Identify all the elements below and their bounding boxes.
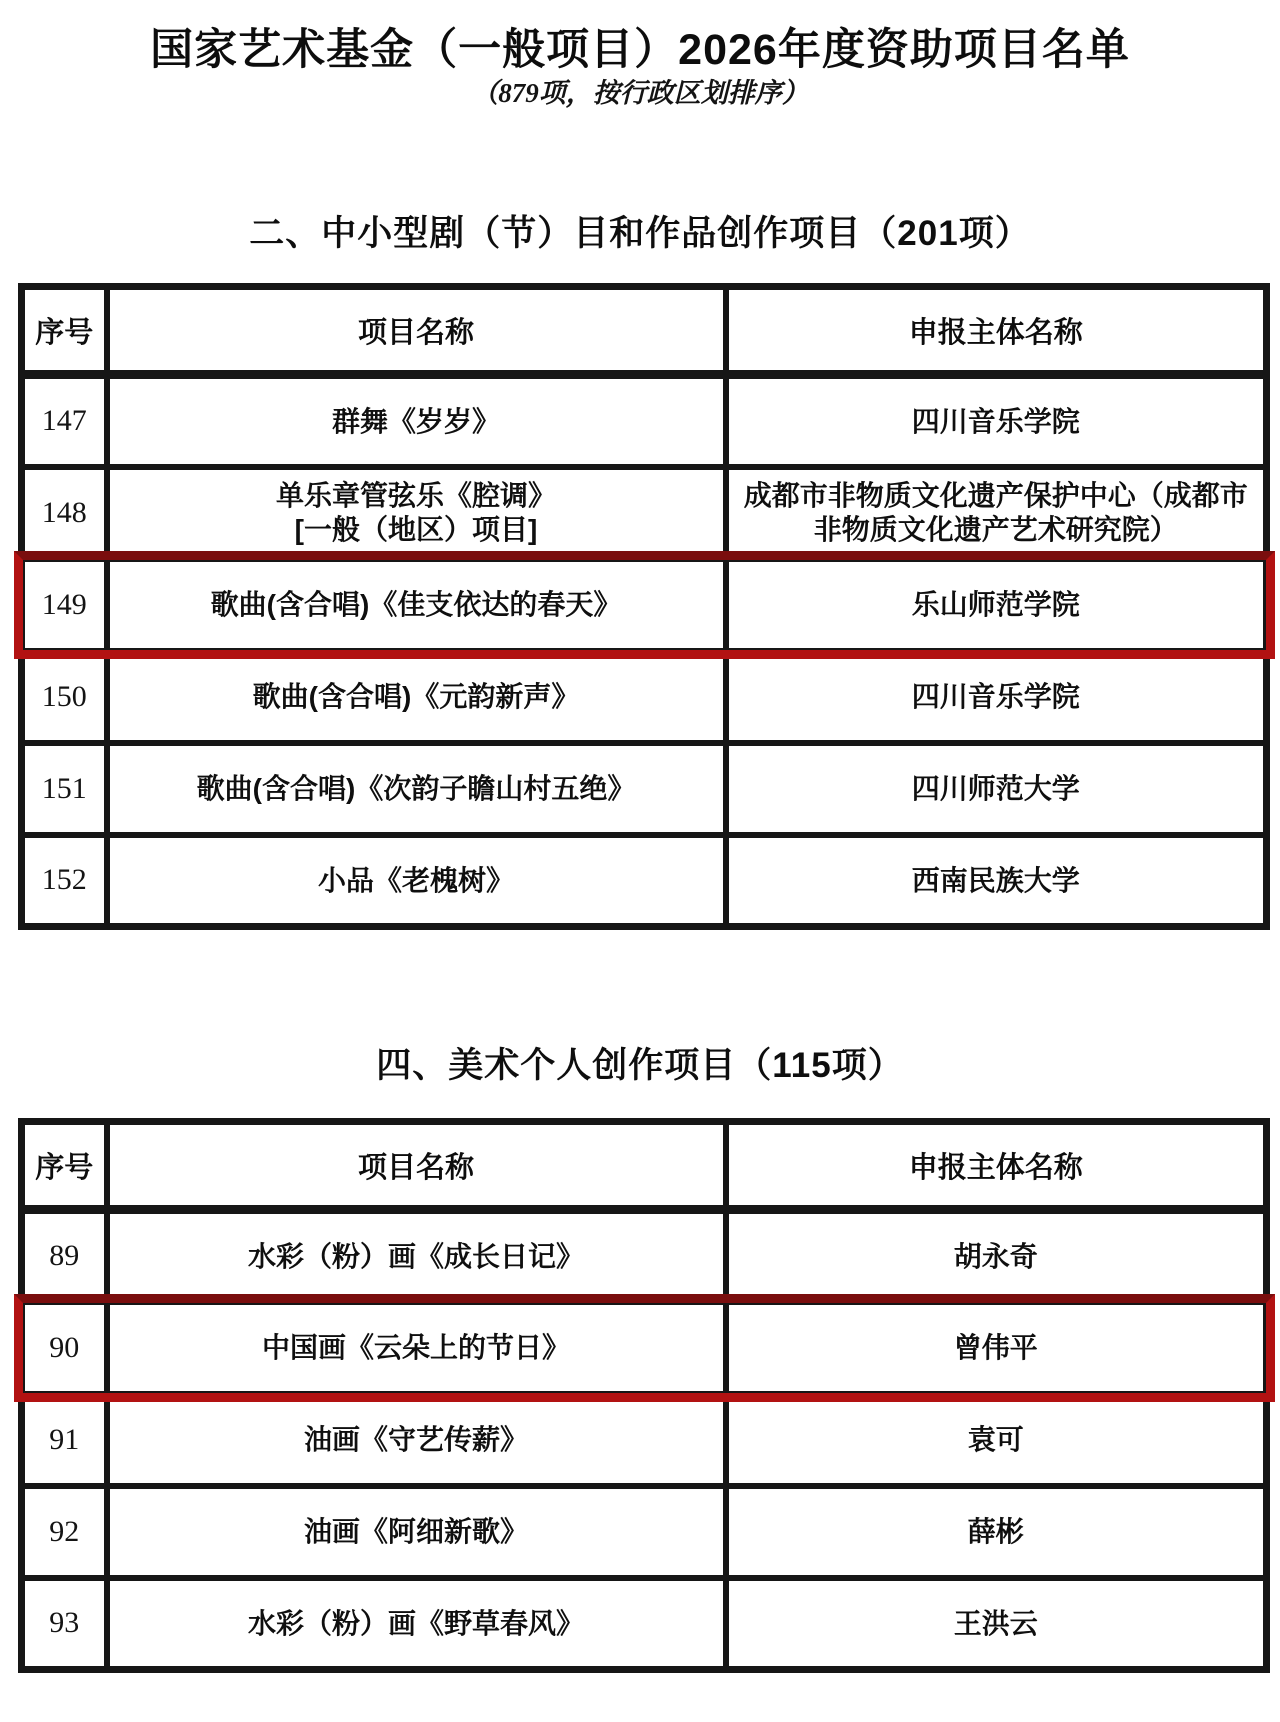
- row-index-cell: 147: [22, 375, 107, 467]
- projects-table-small-works: 序号 项目名称 申报主体名称 147 群舞《岁岁》 四川音乐学院 148 单乐章…: [18, 283, 1270, 930]
- applicant-name-cell: 四川师范大学: [726, 743, 1267, 835]
- column-header-index: 序号: [22, 287, 107, 375]
- project-name-cell: 群舞《岁岁》: [107, 375, 726, 467]
- row-index-cell: 152: [22, 835, 107, 927]
- table-header-row: 序号 项目名称 申报主体名称: [22, 287, 1267, 375]
- column-header-project-name: 项目名称: [107, 1122, 726, 1210]
- project-name-cell: 歌曲(含合唱)《佳支依达的春天》: [107, 559, 726, 651]
- applicant-name-cell: 王洪云: [726, 1578, 1267, 1670]
- table-header-row: 序号 项目名称 申报主体名称: [22, 1122, 1267, 1210]
- applicant-name-cell: 四川音乐学院: [726, 375, 1267, 467]
- table-row: 90 中国画《云朵上的节日》 曾伟平: [22, 1302, 1267, 1394]
- applicant-name-cell: 曾伟平: [726, 1302, 1267, 1394]
- column-header-applicant-name: 申报主体名称: [726, 1122, 1267, 1210]
- row-index-cell: 148: [22, 467, 107, 559]
- column-header-project-name: 项目名称: [107, 287, 726, 375]
- table-row: 91 油画《守艺传薪》 袁可: [22, 1394, 1267, 1486]
- table-row: 147 群舞《岁岁》 四川音乐学院: [22, 375, 1267, 467]
- table-row: 92 油画《阿细新歌》 薛彬: [22, 1486, 1267, 1578]
- row-index-cell: 149: [22, 559, 107, 651]
- applicant-name-cell: 袁可: [726, 1394, 1267, 1486]
- section-heading-small-works: 二、中小型剧（节）目和作品创作项目（201项）: [0, 206, 1280, 256]
- row-index-cell: 92: [22, 1486, 107, 1578]
- table-row: 148 单乐章管弦乐《腔调》 [一般（地区）项目] 成都市非物质文化遗产保护中心…: [22, 467, 1267, 559]
- table-row: 93 水彩（粉）画《野草春风》 王洪云: [22, 1578, 1267, 1670]
- row-index-cell: 90: [22, 1302, 107, 1394]
- row-index-cell: 91: [22, 1394, 107, 1486]
- column-header-index: 序号: [22, 1122, 107, 1210]
- table-row: 150 歌曲(含合唱)《元韵新声》 四川音乐学院: [22, 651, 1267, 743]
- table-row: 89 水彩（粉）画《成长日记》 胡永奇: [22, 1210, 1267, 1302]
- project-name-cell: 油画《守艺传薪》: [107, 1394, 726, 1486]
- row-index-cell: 151: [22, 743, 107, 835]
- column-header-applicant-name: 申报主体名称: [726, 287, 1267, 375]
- project-name-cell: 歌曲(含合唱)《元韵新声》: [107, 651, 726, 743]
- applicant-name-cell: 乐山师范学院: [726, 559, 1267, 651]
- project-name-cell: 中国画《云朵上的节日》: [107, 1302, 726, 1394]
- document-page: { "page": { "title": "国家艺术基金（一般项目）2026年度…: [0, 0, 1280, 1722]
- project-name-cell: 小品《老槐树》: [107, 835, 726, 927]
- table-row: 149 歌曲(含合唱)《佳支依达的春天》 乐山师范学院: [22, 559, 1267, 651]
- applicant-name-cell: 四川音乐学院: [726, 651, 1267, 743]
- project-name-cell: 水彩（粉）画《野草春风》: [107, 1578, 726, 1670]
- page-title: 国家艺术基金（一般项目）2026年度资助项目名单: [0, 16, 1280, 77]
- page-subtitle: （879项，按行政区划排序）: [0, 71, 1280, 110]
- table-row: 152 小品《老槐树》 西南民族大学: [22, 835, 1267, 927]
- projects-table-fine-arts: 序号 项目名称 申报主体名称 89 水彩（粉）画《成长日记》 胡永奇 90 中国…: [18, 1118, 1270, 1673]
- section-heading-fine-arts: 四、美术个人创作项目（115项）: [0, 1038, 1280, 1088]
- project-name-cell: 歌曲(含合唱)《次韵子瞻山村五绝》: [107, 743, 726, 835]
- applicant-name-cell: 薛彬: [726, 1486, 1267, 1578]
- applicant-name-cell: 胡永奇: [726, 1210, 1267, 1302]
- applicant-name-cell: 西南民族大学: [726, 835, 1267, 927]
- row-index-cell: 150: [22, 651, 107, 743]
- project-name-cell: 水彩（粉）画《成长日记》: [107, 1210, 726, 1302]
- row-index-cell: 89: [22, 1210, 107, 1302]
- project-name-cell: 单乐章管弦乐《腔调》 [一般（地区）项目]: [107, 467, 726, 559]
- table-row: 151 歌曲(含合唱)《次韵子瞻山村五绝》 四川师范大学: [22, 743, 1267, 835]
- project-name-cell: 油画《阿细新歌》: [107, 1486, 726, 1578]
- applicant-name-cell: 成都市非物质文化遗产保护中心（成都市 非物质文化遗产艺术研究院）: [726, 467, 1267, 559]
- row-index-cell: 93: [22, 1578, 107, 1670]
